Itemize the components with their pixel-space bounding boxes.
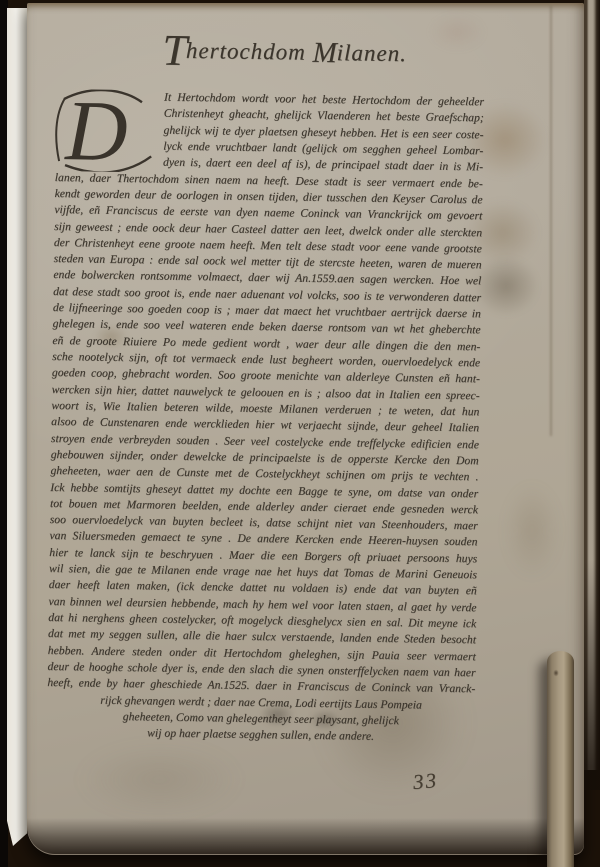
chapter-title-text-2: ilanen. (337, 40, 408, 66)
previous-page-edge (7, 8, 27, 846)
page-crease (550, 6, 552, 436)
bottom-shadow (27, 818, 584, 854)
book-photo: Thertochdom Milanen. D It Hertochdom wor… (0, 0, 600, 867)
drop-cap-ornament: D (51, 89, 158, 173)
body-text: D It Hertochdom wordt voor het beste Her… (47, 88, 485, 747)
chapter-title: Thertochdom Milanen. (56, 33, 485, 87)
fore-edge-shadow (584, 560, 600, 790)
printed-text-block: Thertochdom Milanen. D It Hertochdom wor… (47, 33, 485, 747)
chapter-title-initial-2: M (312, 37, 337, 69)
chapter-title-initial: T (162, 26, 186, 75)
drop-cap: D (64, 89, 129, 173)
spine-shadow (0, 0, 8, 867)
chapter-title-text: hertochdom (186, 38, 313, 65)
page-number: 33 (412, 768, 439, 795)
wooden-stick (547, 651, 574, 867)
